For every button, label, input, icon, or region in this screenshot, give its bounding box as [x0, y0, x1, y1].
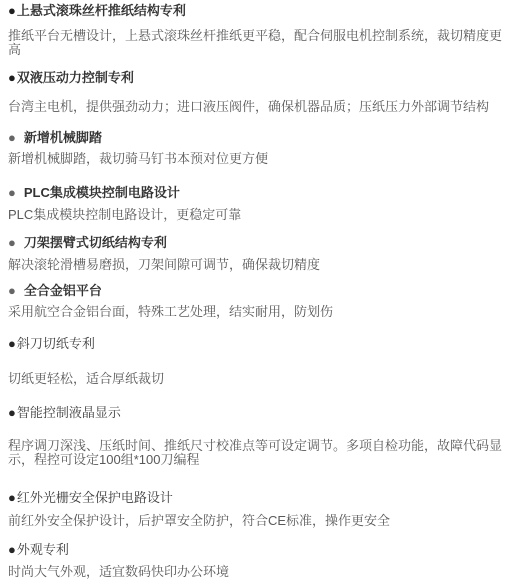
bullet-icon: ●: [8, 185, 16, 200]
feature-description: PLC集成模块控制电路设计，更稳定可靠: [8, 208, 507, 222]
feature-title-text: 智能控制液晶显示: [17, 405, 121, 420]
feature-title-text: 上悬式滚珠丝杆推纸结构专利: [17, 3, 186, 18]
feature-title-text: 全合金铝平台: [24, 283, 102, 298]
feature-section: ●智能控制液晶显示 程序调刀深浅、压纸时间、推纸尺寸校准点等可设定调节。多项自检…: [8, 406, 507, 467]
feature-title: ●刀架摆臂式切纸结构专利: [8, 236, 507, 250]
feature-title: ●新增机械脚踏: [8, 131, 507, 145]
feature-section: ●外观专利 时尚大气外观，适宜数码快印办公环境: [8, 543, 507, 579]
feature-section: ●斜刀切纸专利 切纸更轻松，适合厚纸裁切: [8, 337, 507, 386]
bullet-icon: ●: [8, 70, 16, 85]
feature-description: 采用航空合金铝台面，特殊工艺处理，结实耐用，防划伤: [8, 305, 507, 319]
feature-section: ●新增机械脚踏 新增机械脚踏，裁切骑马钉书本预对位更方便: [8, 131, 507, 166]
feature-section: ●PLC集成模块控制电路设计 PLC集成模块控制电路设计，更稳定可靠: [8, 186, 507, 222]
feature-title-text: 红外光栅安全保护电路设计: [17, 490, 173, 505]
bullet-icon: ●: [8, 542, 16, 557]
bullet-icon: ●: [8, 336, 16, 351]
product-feature-list: ●上悬式滚珠丝杆推纸结构专利 推纸平台无槽设计，上悬式滚珠丝杆推纸更平稳，配合伺…: [0, 0, 521, 588]
feature-title: ●上悬式滚珠丝杆推纸结构专利: [8, 4, 507, 18]
feature-title: ●智能控制液晶显示: [8, 406, 507, 420]
feature-title-text: 双液压动力控制专利: [17, 70, 134, 85]
bullet-icon: ●: [8, 490, 16, 505]
feature-title-text: 外观专利: [17, 542, 69, 557]
bullet-icon: ●: [8, 235, 16, 250]
feature-description: 程序调刀深浅、压纸时间、推纸尺寸校准点等可设定调节。多项自检功能，故障代码显示，…: [8, 439, 507, 467]
feature-description: 前红外安全保护设计，后护罩安全防护，符合CE标准，操作更安全: [8, 514, 507, 528]
bullet-icon: ●: [8, 405, 16, 420]
feature-section: ●上悬式滚珠丝杆推纸结构专利 推纸平台无槽设计，上悬式滚珠丝杆推纸更平稳，配合伺…: [8, 4, 507, 57]
feature-title: ●红外光栅安全保护电路设计: [8, 491, 507, 505]
feature-title-text: 斜刀切纸专利: [17, 336, 95, 351]
feature-title-text: 刀架摆臂式切纸结构专利: [24, 235, 167, 250]
bullet-icon: ●: [8, 130, 16, 145]
feature-description: 时尚大气外观，适宜数码快印办公环境: [8, 565, 507, 579]
feature-description: 推纸平台无槽设计，上悬式滚珠丝杆推纸更平稳，配合伺服电机控制系统，裁切精度更高: [8, 29, 507, 57]
feature-title: ●双液压动力控制专利: [8, 71, 507, 85]
feature-description: 解决滚轮滑槽易磨损，刀架间隙可调节，确保裁切精度: [8, 258, 507, 272]
feature-section: ●全合金铝平台 采用航空合金铝台面，特殊工艺处理，结实耐用，防划伤: [8, 284, 507, 319]
feature-title: ●PLC集成模块控制电路设计: [8, 186, 507, 200]
feature-section: ●红外光栅安全保护电路设计 前红外安全保护设计，后护罩安全防护，符合CE标准，操…: [8, 491, 507, 528]
feature-section: ●刀架摆臂式切纸结构专利 解决滚轮滑槽易磨损，刀架间隙可调节，确保裁切精度: [8, 236, 507, 272]
feature-title-text: 新增机械脚踏: [24, 130, 102, 145]
feature-description: 切纸更轻松，适合厚纸裁切: [8, 372, 507, 386]
bullet-icon: ●: [8, 283, 16, 298]
feature-description: 台湾主电机，提供强劲动力；进口液压阀件，确保机器品质；压纸压力外部调节结构: [8, 100, 507, 114]
feature-title-text: PLC集成模块控制电路设计: [24, 185, 180, 200]
feature-title: ●外观专利: [8, 543, 507, 557]
feature-description: 新增机械脚踏，裁切骑马钉书本预对位更方便: [8, 152, 507, 166]
feature-section: ●双液压动力控制专利 台湾主电机，提供强劲动力；进口液压阀件，确保机器品质；压纸…: [8, 71, 507, 114]
feature-title: ●全合金铝平台: [8, 284, 507, 298]
feature-title: ●斜刀切纸专利: [8, 337, 507, 351]
bullet-icon: ●: [8, 3, 16, 18]
